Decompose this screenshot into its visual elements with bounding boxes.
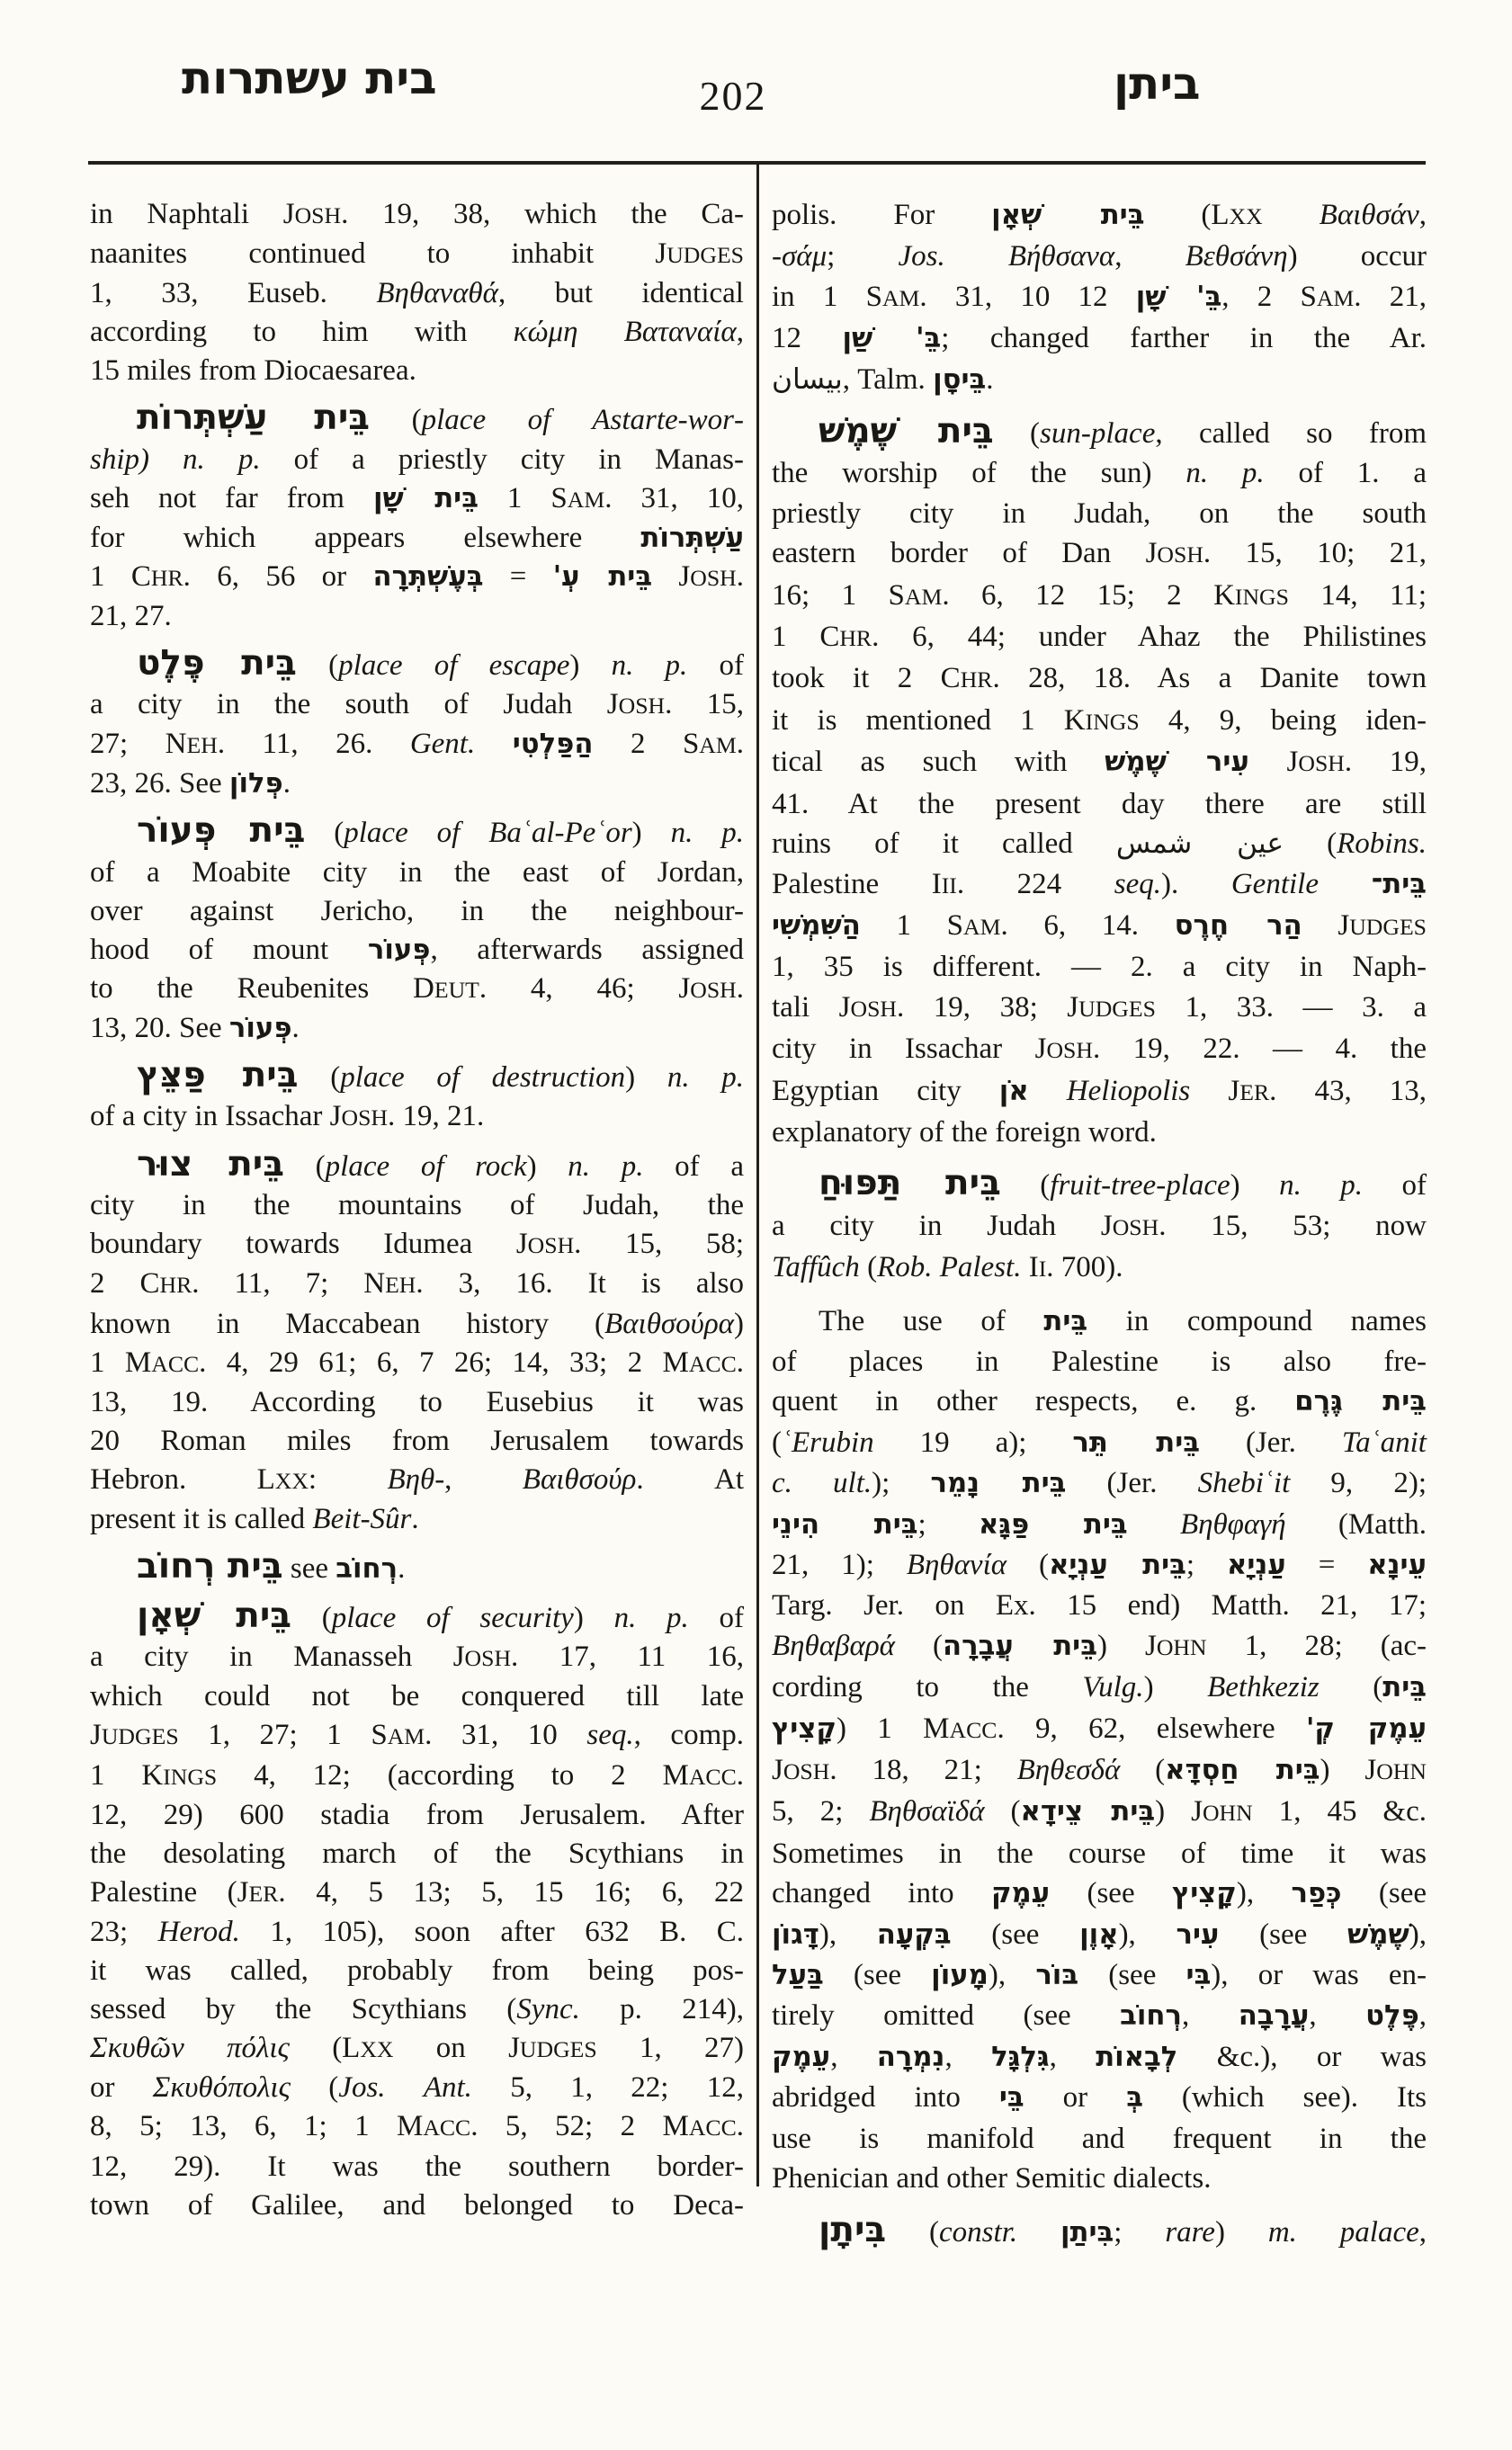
text-line: a city in the south of Judah JOSH. 15, [90, 685, 744, 725]
text-line: in 1 SAM. 31, 10 12 בֵּ' שָׁן, 2 SAM. 21… [772, 277, 1427, 318]
text-line: took it 2 CHR. 28, 18. As a Danite town [772, 658, 1427, 700]
text-line: to the Reubenites DEUT. 4, 46; JOSH. [90, 970, 744, 1009]
text-line: הַשִּׁמְשִׁי 1 SAM. 6, 14. הַר חֶרֶס JUD… [772, 906, 1427, 947]
text-line: Sometimes in the course of time it was [772, 1834, 1427, 1873]
text-line: seh not far from בֵּית שָׁן 1 SAM. 31, 1… [90, 479, 744, 519]
text-line: of places in Palestine is also fre- [772, 1342, 1427, 1381]
text-line: (ʿErubin 19 a); בֵּית תֵּר (Jer. Taʿanit [772, 1423, 1427, 1463]
text-line: tical as such with עִיר שֶׁמֶשׁ JOSH. 19… [772, 742, 1427, 783]
text-line: explanatory of the foreign word. [772, 1113, 1427, 1152]
text-line: בֵּית תַּפּוּחַ (fruit-tree-place) n. p.… [772, 1164, 1427, 1205]
text-line: of a city in Issachar JOSH. 19, 21. [90, 1097, 744, 1137]
dictionary-entry: בֵּית רְחוֹב see רְחוֹב. [90, 1547, 744, 1588]
text-line: or Σκυθόπολις (Jos. Ant. 5, 1, 22; 12, [90, 2069, 744, 2107]
dictionary-entry: בִּיתָן (constr. בִּיתַן; rare) m. palac… [772, 2211, 1427, 2253]
text-line: which could not be conquered till late [90, 1677, 744, 1716]
text-line: 41. At the present day there are still [772, 784, 1427, 824]
text-line: known in Maccabean history (Βαιθσούρα) [90, 1305, 744, 1344]
text-line: changed into עֵמֶק (see קָצִיץ), כְּפַר … [772, 1873, 1427, 1914]
text-line: بيسان, Talm. בֵּיסָן. [772, 360, 1427, 400]
running-head-left: בית עשתרות [182, 52, 437, 104]
text-line: of a Moabite city in the east of Jordan, [90, 854, 744, 892]
text-line: city in Issachar JOSH. 19, 22. — 4. the [772, 1029, 1427, 1070]
text-line: 21, 1); Βηθανία (בֵּית עַנְיָא; עַנְיָא … [772, 1545, 1427, 1586]
text-line: 15 miles from Diocaesarea. [90, 352, 744, 390]
text-line: naanites continued to inhabit JUDGES [90, 235, 744, 274]
text-line: The use of בֵּית in compound names [772, 1301, 1427, 1342]
text-line: בֵּית פַּצֵּץ (place of destruction) n. … [90, 1056, 744, 1097]
text-line: בֵּית צוּר (place of rock) n. p. of a [90, 1145, 744, 1186]
right-column: polis. For בֵּית שְׁאָן (LXX Βαιθσάν,-σά… [772, 195, 1427, 2253]
text-line: Βηθαβαρά (בֵּית עֲבָרָה) JOHN 1, 28; (ac… [772, 1626, 1427, 1668]
text-line: בֵּית שְׁאָן (place of security) n. p. o… [90, 1596, 744, 1638]
text-line: the worship of the sun) n. p. of 1. a [772, 453, 1427, 493]
text-line: town of Galilee, and belonged to Deca- [90, 2186, 744, 2225]
text-line: 21, 27. [90, 597, 744, 636]
text-line: a city in Judah JOSH. 15, 53; now [772, 1206, 1427, 1247]
text-line: 1, 33, Euseb. Βηθαναθά, but identical [90, 274, 744, 313]
text-line: hood of mount פְּעוֹר, afterwards assign… [90, 931, 744, 970]
text-line: בֵּית פְּעוֹר (place of Baʿal-Peʿor) n. … [90, 811, 744, 853]
page-number: 202 [670, 72, 796, 120]
dictionary-entry: בֵּית תַּפּוּחַ (fruit-tree-place) n. p.… [772, 1164, 1427, 1289]
text-line: בֵּית שֶׁמֶשׁ (sun-place, called so from [772, 412, 1427, 453]
text-line: use is manifold and frequent in the [772, 2119, 1427, 2159]
text-line: Phenician and other Semitic dialects. [772, 2159, 1427, 2198]
text-line: 16; 1 SAM. 6, 12 15; 2 KINGS 14, 11; [772, 576, 1427, 617]
text-line: Egyptian city אֹן Heliopolis JER. 43, 13… [772, 1071, 1427, 1113]
text-line: boundary towards Idumea JOSH. 15, 58; [90, 1225, 744, 1265]
text-line: 13, 20. See פְּעוֹר. [90, 1009, 744, 1048]
text-line: it was called, probably from being pos- [90, 1952, 744, 1990]
text-line: בִּיתָן (constr. בִּיתַן; rare) m. palac… [772, 2211, 1427, 2253]
text-line: c. ult.); בֵּית נָמֵר (Jer. Shebiʿit 9, … [772, 1463, 1427, 1504]
text-line: city in the mountains of Judah, the [90, 1186, 744, 1225]
text-line: עֵמֶק, נִמְרָה, גִּלְגָּל, לְבָאוֹת &c.)… [772, 2037, 1427, 2078]
text-line: present it is called Beit-Sûr. [90, 1500, 744, 1539]
text-line: 12, 29) 600 stadia from Jerusalem. After [90, 1796, 744, 1835]
scanned-lexicon-page: בית עשתרות 202 ביתן in Naphtali JOSH. 19… [0, 0, 1512, 2450]
text-line: eastern border of Dan JOSH. 15, 10; 21, [772, 533, 1427, 575]
text-line: priestly city in Judah, on the south [772, 494, 1427, 533]
column-divider [756, 165, 759, 2186]
text-line: JOSH. 18, 21; Βηθεσδά (בֵּית חַסְדָּא) J… [772, 1750, 1427, 1792]
left-column: in Naphtali JOSH. 19, 38, which the Ca-n… [90, 195, 744, 2225]
text-line: it is mentioned 1 KINGS 4, 9, being iden… [772, 701, 1427, 742]
dictionary-entry: בֵּית פֶּלֶט (place of escape) n. p. ofa… [90, 644, 744, 803]
text-line: 1 CHR. 6, 44; under Ahaz the Philistines [772, 617, 1427, 658]
text-line: 20 Roman miles from Jerusalem towards [90, 1422, 744, 1461]
text-line: 27; NEH. 11, 26. Gent. הַפַּלְטִי 2 SAM. [90, 725, 744, 765]
text-line: in Naphtali JOSH. 19, 38, which the Ca- [90, 195, 744, 235]
text-line: 12 בֵּ' שַׁן; changed farther in the Ar. [772, 318, 1427, 359]
text-line: 12, 29). It was the southern border- [90, 2148, 744, 2186]
dictionary-entry: בֵּית פַּצֵּץ (place of destruction) n. … [90, 1056, 744, 1137]
text-line: Σκυθῶν πόλις (LXX on JUDGES 1, 27) [90, 2029, 744, 2069]
text-line: דָּגוֹן), בִּקְעָה (see אָוֶן), עִיר (se… [772, 1915, 1427, 1955]
text-line: tali JOSH. 19, 38; JUDGES 1, 33. — 3. a [772, 988, 1427, 1029]
text-line: 23, 26. See פְּלוֹן. [90, 765, 744, 803]
text-line: 1 CHR. 6, 56 or בְּעֶשְׁתְּרָה = בֵּית ע… [90, 558, 744, 597]
text-line: polis. For בֵּית שְׁאָן (LXX Βαιθσάν, [772, 195, 1427, 237]
text-line: tirely omitted (see רְחוֹב, עֲרָבָה, פֶּ… [772, 1996, 1427, 2036]
text-line: בַּעַל (see מָעוֹן), בּוֹר (see בִּי), o… [772, 1955, 1427, 1996]
dictionary-entry: בֵּית שְׁאָן (place of security) n. p. o… [90, 1596, 744, 2225]
text-line: 1, 35 is different. — 2. a city in Naph- [772, 947, 1427, 987]
text-line: -σάμ; Jos. Βήθσανα, Βεθσάνη) occur [772, 237, 1427, 276]
text-line: Taffûch (Rob. Palest. II. 700). [772, 1247, 1427, 1289]
text-line: בֵּית רְחוֹב see רְחוֹב. [90, 1547, 744, 1588]
text-line: cording to the Vulg.) Bethkeziz (בֵּית [772, 1668, 1427, 1708]
dictionary-entry: בֵּית עַשְׁתְּרוֹת (place of Astarte-wor… [90, 398, 744, 636]
text-line: according to him with κώμη Βαταναία, [90, 313, 744, 352]
text-line: quent in other respects, e. g. בֵּית גֶּ… [772, 1381, 1427, 1422]
dictionary-entry: בֵּית שֶׁמֶשׁ (sun-place, called so from… [772, 412, 1427, 1152]
text-line: קָצִיץ) 1 MACC. 9, 62, elsewhere עֵמֶק ק… [772, 1709, 1427, 1750]
text-line: בֵּית פֶּלֶט (place of escape) n. p. of [90, 644, 744, 685]
text-line: sessed by the Scythians (Sync. p. 214), [90, 1990, 744, 2029]
text-line: ruins of it called عين شمس (Robins. [772, 824, 1427, 863]
text-line: Hebron. LXX: Βηθ-, Βαιθσούρ. At [90, 1461, 744, 1500]
text-line: 1 KINGS 4, 12; (according to 2 MACC. [90, 1757, 744, 1796]
text-line: בֵּית עַשְׁתְּרוֹת (place of Astarte-wor… [90, 398, 744, 440]
text-line: for which appears elsewhere עַשְׁתְּרוֹת [90, 519, 744, 558]
text-line: Targ. Jer. on Ex. 15 end) Matth. 21, 17; [772, 1586, 1427, 1625]
text-line: ship) n. p. of a priestly city in Manas- [90, 441, 744, 479]
text-line: a city in Manasseh JOSH. 17, 11 16, [90, 1638, 744, 1677]
text-line: over against Jericho, in the neighbour- [90, 892, 744, 931]
text-line: 23; Herod. 1, 105), soon after 632 B. C. [90, 1913, 744, 1952]
dictionary-entry: בֵּית צוּר (place of rock) n. p. of acit… [90, 1145, 744, 1539]
text-line: 13, 19. According to Eusebius it was [90, 1383, 744, 1422]
text-line: Palestine (JER. 4, 5 13; 5, 15 16; 6, 22 [90, 1873, 744, 1913]
text-line: בֵּית הִינֵי; בֵּית פַּגָּא Βηθφαγή (Mat… [772, 1505, 1427, 1545]
text-line: 1 MACC. 4, 29 61; 6, 7 26; 14, 33; 2 MAC… [90, 1344, 744, 1383]
paragraph: in Naphtali JOSH. 19, 38, which the Ca-n… [90, 195, 744, 390]
text-line: abridged into בֵּי or בְּ (which see). I… [772, 2078, 1427, 2118]
text-line: JUDGES 1, 27; 1 SAM. 31, 10 seq., comp. [90, 1716, 744, 1756]
text-line: the desolating march of the Scythians in [90, 1835, 744, 1873]
paragraph: The use of בֵּית in compound namesof pla… [772, 1301, 1427, 2199]
text-line: 8, 5; 13, 6, 1; 1 MACC. 5, 52; 2 MACC. [90, 2107, 744, 2147]
text-line: 5, 2; Βηθσαϊδά (בֵּית צֵידָא) JOHN 1, 45… [772, 1792, 1427, 1833]
paragraph: polis. For בֵּית שְׁאָן (LXX Βαιθσάν,-σά… [772, 195, 1427, 400]
text-line: 2 CHR. 11, 7; NEH. 3, 16. It is also [90, 1265, 744, 1304]
dictionary-entry: בֵּית פְּעוֹר (place of Baʿal-Peʿor) n. … [90, 811, 744, 1048]
running-head-right: ביתן [1114, 58, 1201, 110]
text-line: Palestine III. 224 seq.). Gentile בֵּית־ [772, 864, 1427, 906]
